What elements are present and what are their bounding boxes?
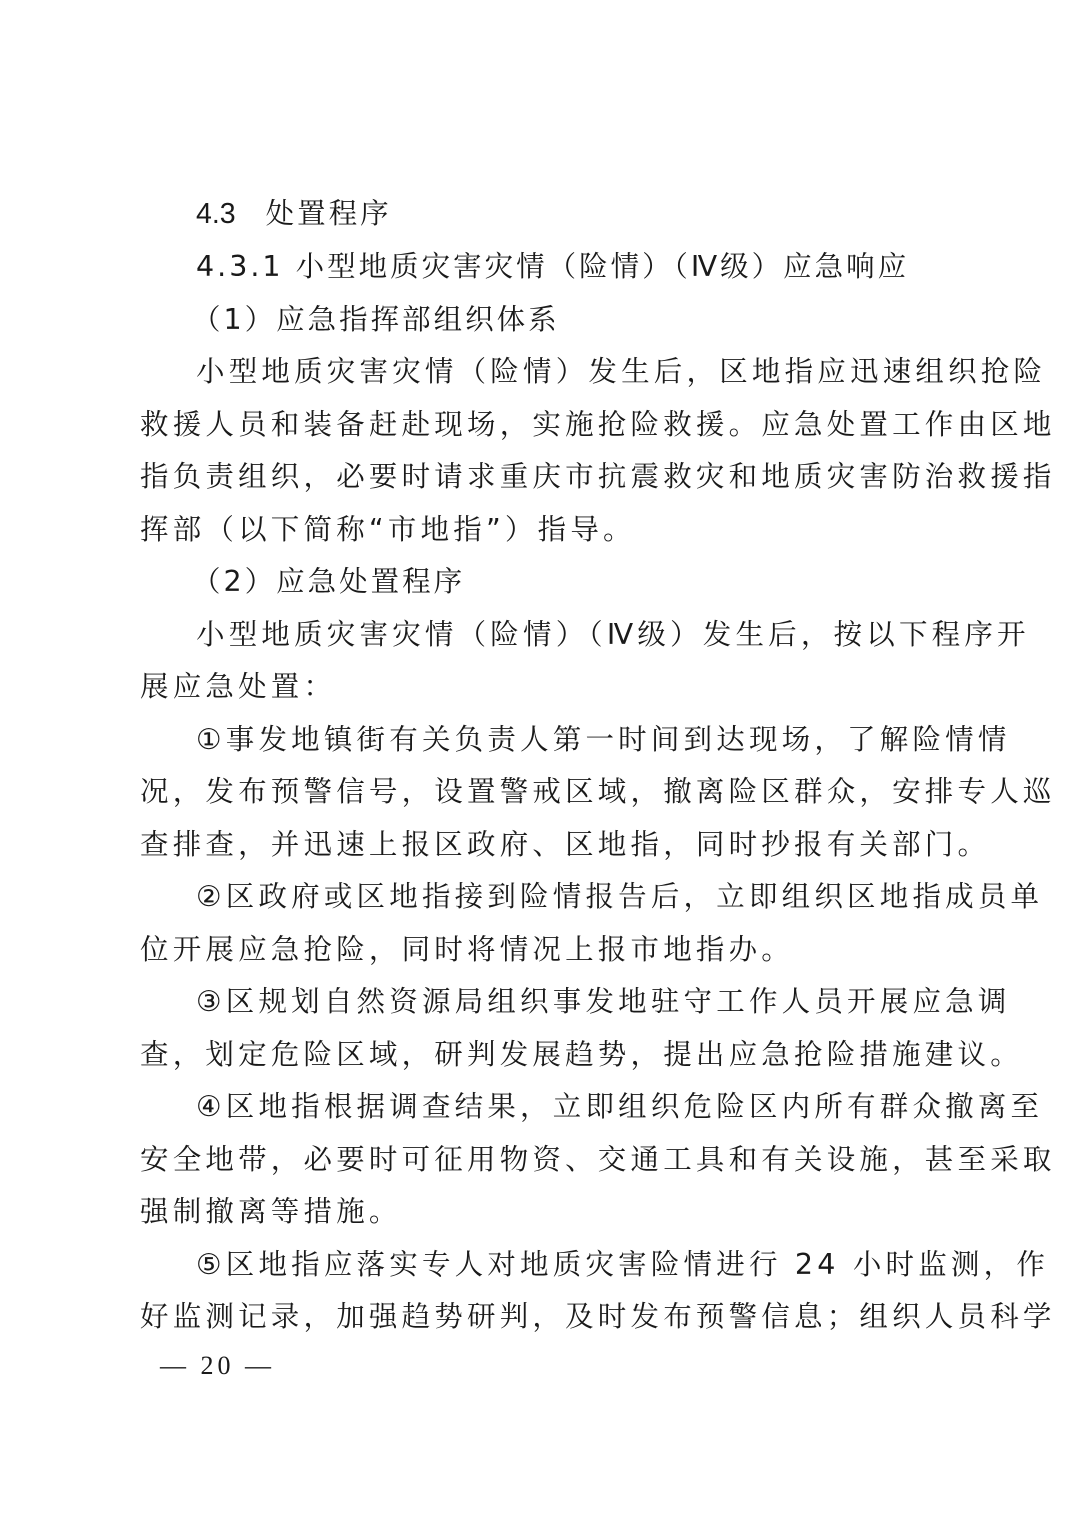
section-title: 处置程序 [266, 197, 392, 230]
step-line: 位开展应急抢险，同时将情况上报市地指办。 [140, 930, 940, 970]
paragraph-line: 挥部（以下简称“市地指”）指导。 [140, 510, 940, 550]
paragraph-line: 救援人员和装备赶赴现场，实施抢险救援。应急处置工作由区地 [140, 405, 940, 445]
step-line: ⑤区地指应落实专人对地质灾害险情进行 24 小时监测，作 [196, 1245, 940, 1285]
paragraph-line: 指负责组织，必要时请求重庆市抗震救灾和地质灾害防治救援指 [140, 457, 940, 497]
section-heading: 4.3处置程序 [196, 194, 392, 234]
document-page: 4.3处置程序 4.3.1 小型地质灾害灾情（险情）（Ⅳ级）应急响应 （1）应急… [0, 0, 1074, 1520]
part2-heading: （2）应急处置程序 [192, 562, 465, 602]
step-line: ①事发地镇街有关负责人第一时间到达现场，了解险情情 [196, 720, 940, 760]
subsection-heading: 4.3.1 小型地质灾害灾情（险情）（Ⅳ级）应急响应 [196, 247, 909, 287]
step-line: 查排查，并迅速上报区政府、区地指，同时抄报有关部门。 [140, 825, 940, 865]
step-line: 安全地带，必要时可征用物资、交通工具和有关设施，甚至采取 [140, 1140, 940, 1180]
paragraph-line: 小型地质灾害灾情（险情）发生后，区地指应迅速组织抢险 [196, 352, 940, 392]
part1-heading: （1）应急指挥部组织体系 [192, 300, 560, 340]
paragraph-line: 小型地质灾害灾情（险情）（Ⅳ级）发生后，按以下程序开 [196, 615, 940, 655]
page-number: — 20 — [160, 1348, 275, 1384]
step-line: 查，划定危险区域，研判发展趋势，提出应急抢险措施建议。 [140, 1035, 940, 1075]
step-line: ④区地指根据调查结果，立即组织危险区内所有群众撤离至 [196, 1087, 940, 1127]
step-line: 况，发布预警信号，设置警戒区域，撤离险区群众，安排专人巡 [140, 772, 940, 812]
step-line: ③区规划自然资源局组织事发地驻守工作人员开展应急调 [196, 982, 940, 1022]
step-line: 强制撤离等措施。 [140, 1192, 940, 1232]
step-line: ②区政府或区地指接到险情报告后，立即组织区地指成员单 [196, 877, 940, 917]
paragraph-line: 展应急处置： [140, 667, 940, 707]
section-number: 4.3 [196, 198, 236, 230]
step-line: 好监测记录，加强趋势研判，及时发布预警信息；组织人员科学 [140, 1297, 940, 1337]
